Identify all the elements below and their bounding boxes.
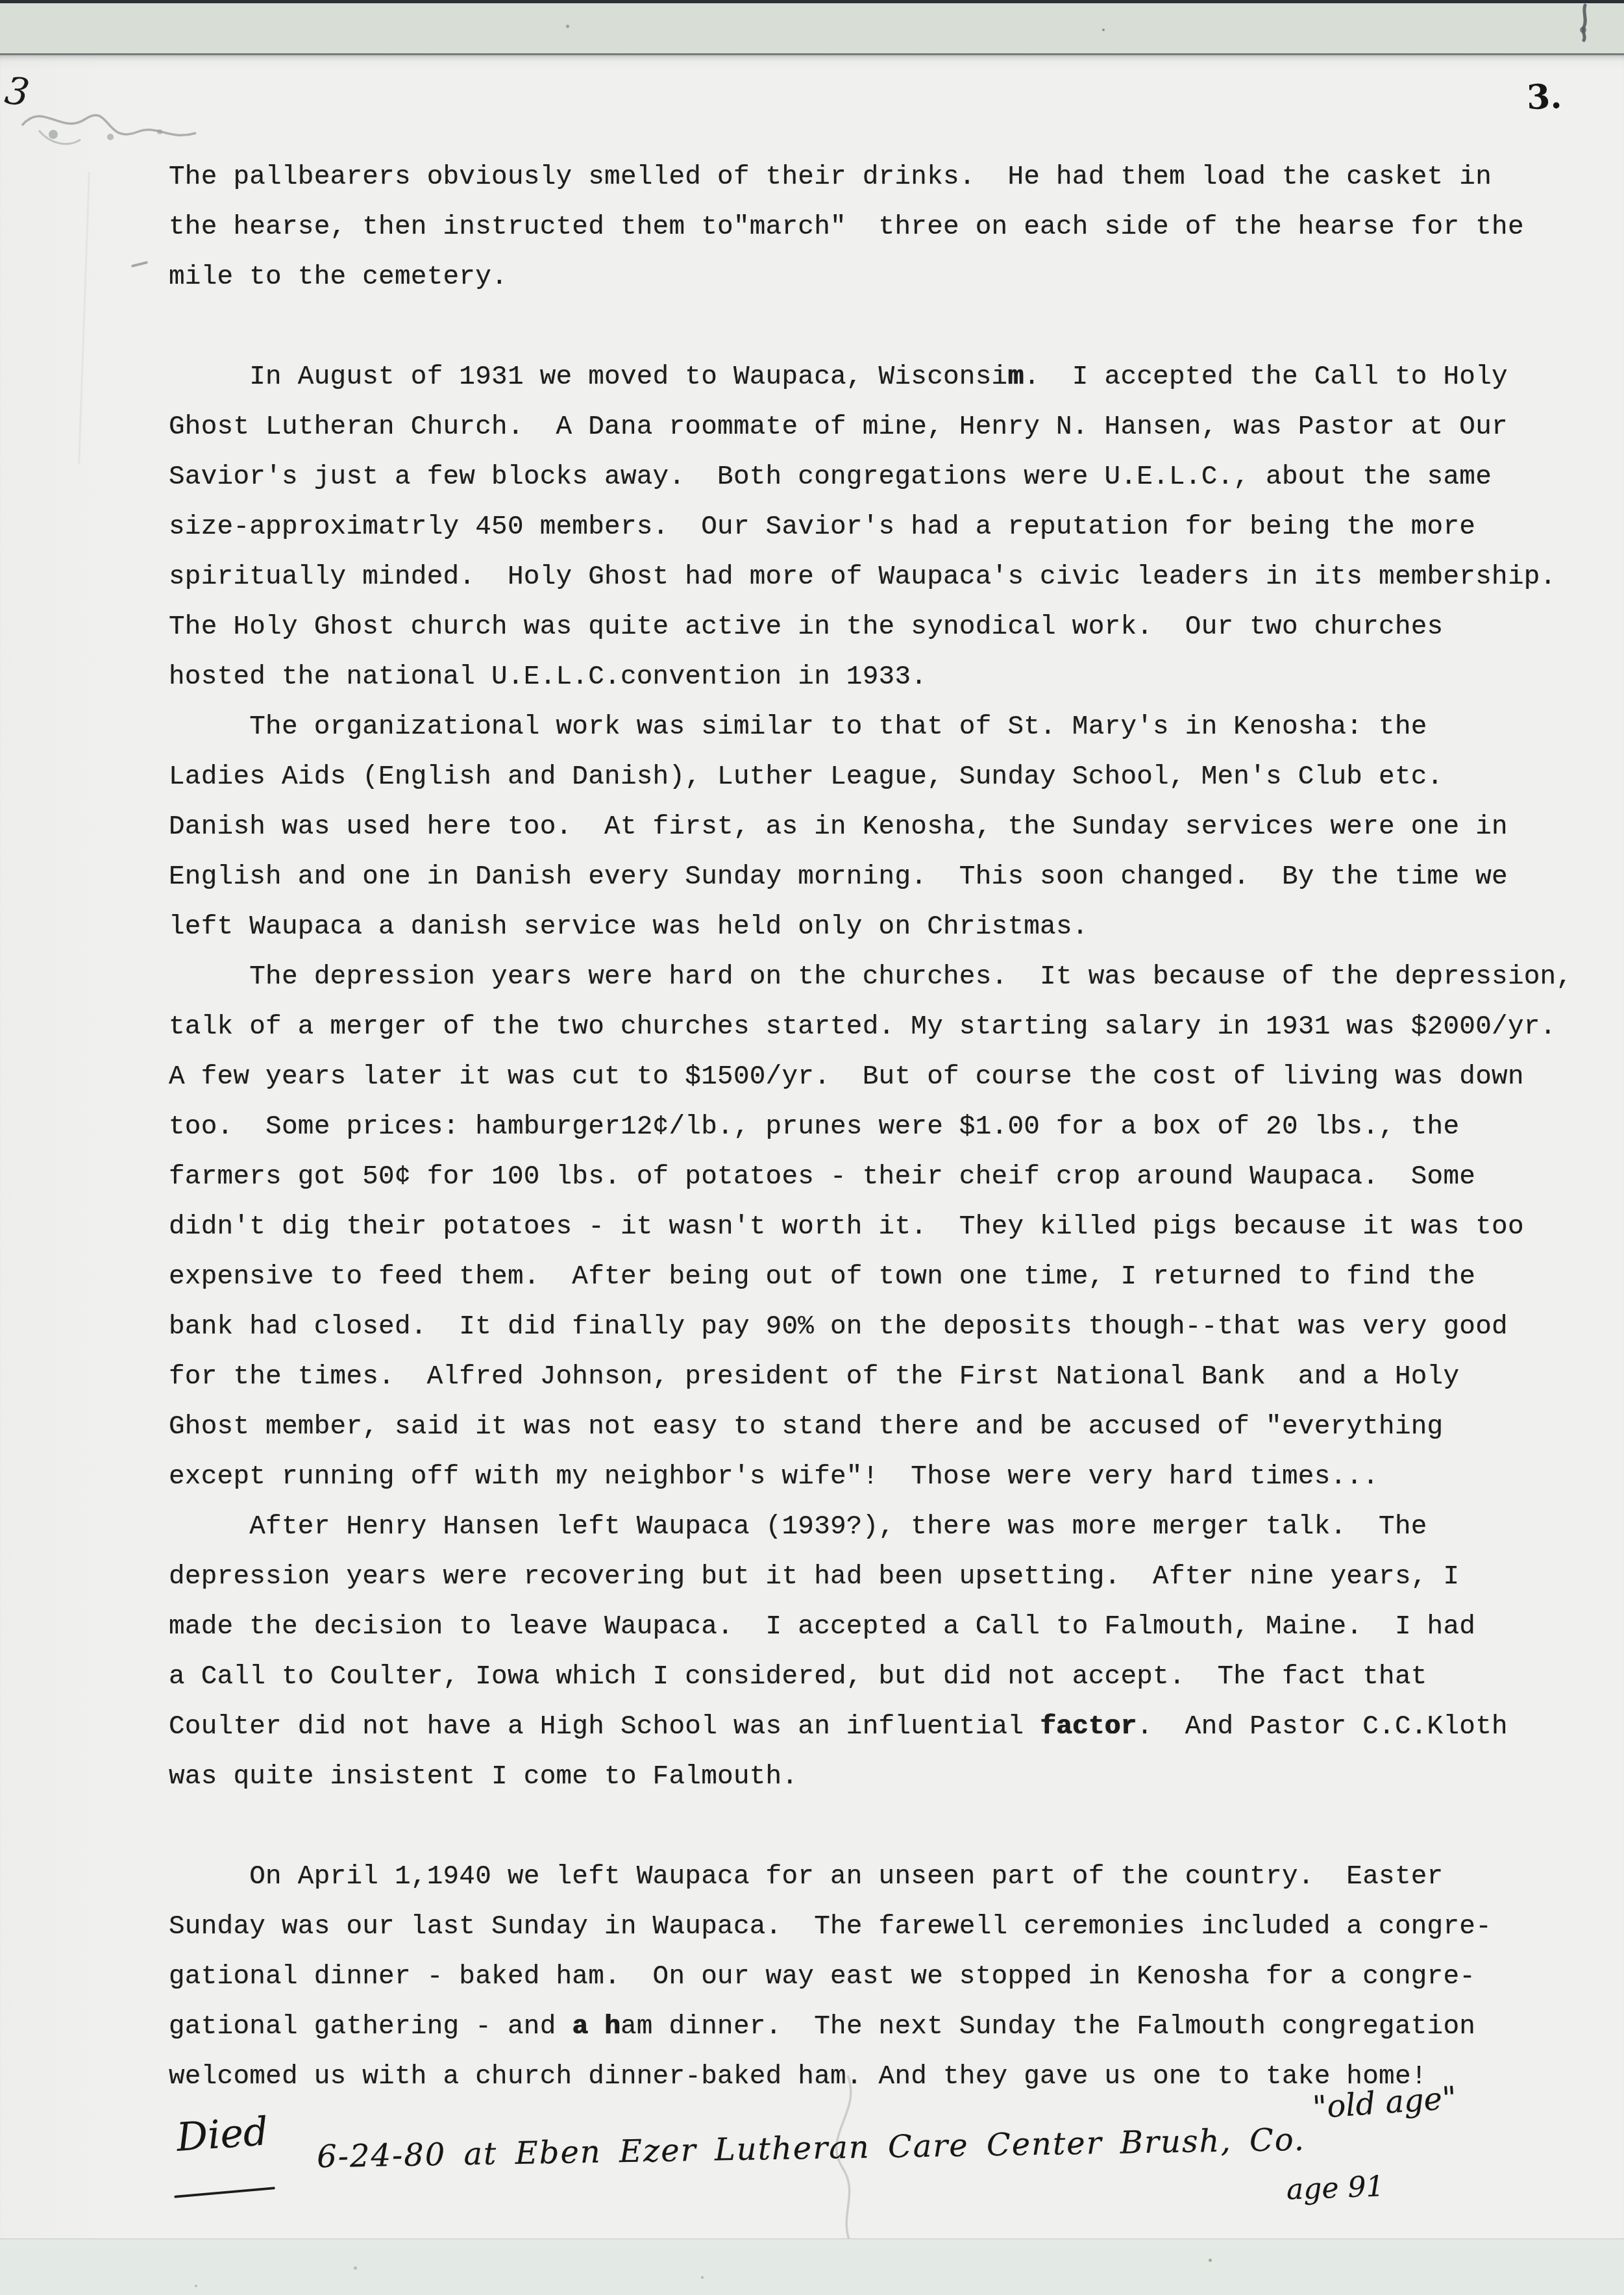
stray-pencil-dash — [131, 261, 148, 267]
typed-line: Ghost member, said it was not easy to st… — [169, 1402, 1610, 1452]
typed-line: a Call to Coulter, Iowa which I consider… — [169, 1652, 1610, 1702]
dust-speck — [354, 2266, 357, 2270]
typed-line — [169, 1802, 1610, 1852]
typed-line: Ghost Lutheran Church. A Dana roommate o… — [169, 403, 1610, 453]
overstruck-text: a h — [572, 2012, 621, 2042]
typed-line: farmers got 50¢ for 100 lbs. of potatoes… — [169, 1152, 1610, 1202]
typed-line: mile to the cemetery. — [169, 253, 1610, 303]
typed-line — [169, 303, 1610, 353]
dust-speck — [195, 2285, 197, 2287]
typed-line: talk of a merger of the two churches sta… — [169, 1002, 1610, 1052]
typed-line: except running off with my neighbor's wi… — [169, 1452, 1610, 1502]
typed-line: expensive to feed them. After being out … — [169, 1252, 1610, 1302]
handwritten-died-word: Died — [175, 2109, 270, 2161]
typed-line: Savior's just a few blocks away. Both co… — [169, 453, 1610, 502]
typed-line: The Holy Ghost church was quite active i… — [169, 602, 1610, 652]
typed-line: spiritually minded. Holy Ghost had more … — [169, 552, 1610, 602]
typed-line: In August of 1931 we moved to Waupaca, W… — [169, 353, 1610, 403]
typed-line: size-approximatrly 450 members. Our Savi… — [169, 502, 1610, 552]
typed-line: gational gathering - and a ham dinner. T… — [169, 2002, 1610, 2052]
typed-line: hosted the national U.E.L.C.convention i… — [169, 652, 1610, 702]
scanner-bed-top — [0, 0, 1624, 53]
typed-lines: The pallbearers obviously smelled of the… — [169, 153, 1610, 2102]
dust-speck — [701, 2276, 704, 2279]
typed-line: Coulter did not have a High School was a… — [169, 1702, 1610, 1752]
typed-line: Ladies Aids (English and Danish), Luther… — [169, 752, 1610, 802]
dust-speck — [769, 18, 772, 21]
typed-line: On April 1,1940 we left Waupaca for an u… — [169, 1852, 1610, 1902]
typed-line: bank had closed. It did finally pay 90% … — [169, 1302, 1610, 1352]
overstruck-text: factor — [1040, 1712, 1137, 1742]
paper-crease-left — [78, 172, 90, 464]
typed-line: for the times. Alfred Johnson, president… — [169, 1352, 1610, 1402]
typed-line: After Henry Hansen left Waupaca (1939?),… — [169, 1502, 1610, 1552]
typed-line: too. Some prices: hamburger12¢/lb., prun… — [169, 1102, 1610, 1152]
handwritten-age-note: age 91 — [1286, 2170, 1384, 2206]
typed-line: Danish was used here too. At first, as i… — [169, 802, 1610, 852]
dust-speck — [566, 25, 569, 28]
handwritten-underline — [174, 2187, 275, 2198]
overstruck-text: m — [1007, 362, 1024, 392]
typed-line: left Waupaca a danish service was held o… — [169, 902, 1610, 952]
typed-line: The pallbearers obviously smelled of the… — [169, 153, 1610, 203]
typed-line: English and one in Danish every Sunday m… — [169, 852, 1610, 902]
typed-line: didn't dig their potatoes - it wasn't wo… — [169, 1202, 1610, 1252]
pen-smudge-mark — [1569, 1, 1598, 43]
scanner-edge-line — [0, 0, 1624, 3]
typed-line: Sunday was our last Sunday in Waupaca. T… — [169, 1902, 1610, 1952]
page-number: 3. — [1526, 77, 1562, 118]
typed-line: A few years later it was cut to $1500/yr… — [169, 1052, 1610, 1102]
scanner-bed-bottom — [0, 2239, 1624, 2295]
typed-line: The depression years were hard on the ch… — [169, 952, 1610, 1002]
typed-line: depression years were recovering but it … — [169, 1552, 1610, 1602]
typed-line: The organizational work was similar to t… — [169, 702, 1610, 752]
typed-line: gational dinner - baked ham. On our way … — [169, 1952, 1610, 2002]
typed-line: was quite insistent I come to Falmouth. — [169, 1752, 1610, 1802]
typed-line: made the decision to leave Waupaca. I ac… — [169, 1602, 1610, 1652]
paper-page: 3 3. The pallbearers obviously smelled o… — [0, 53, 1624, 2240]
dust-speck — [1102, 29, 1105, 31]
dust-speck — [1209, 2259, 1212, 2262]
scanned-page: 3 3. The pallbearers obviously smelled o… — [0, 0, 1624, 2295]
typed-line: the hearse, then instructed them to"marc… — [169, 203, 1610, 253]
